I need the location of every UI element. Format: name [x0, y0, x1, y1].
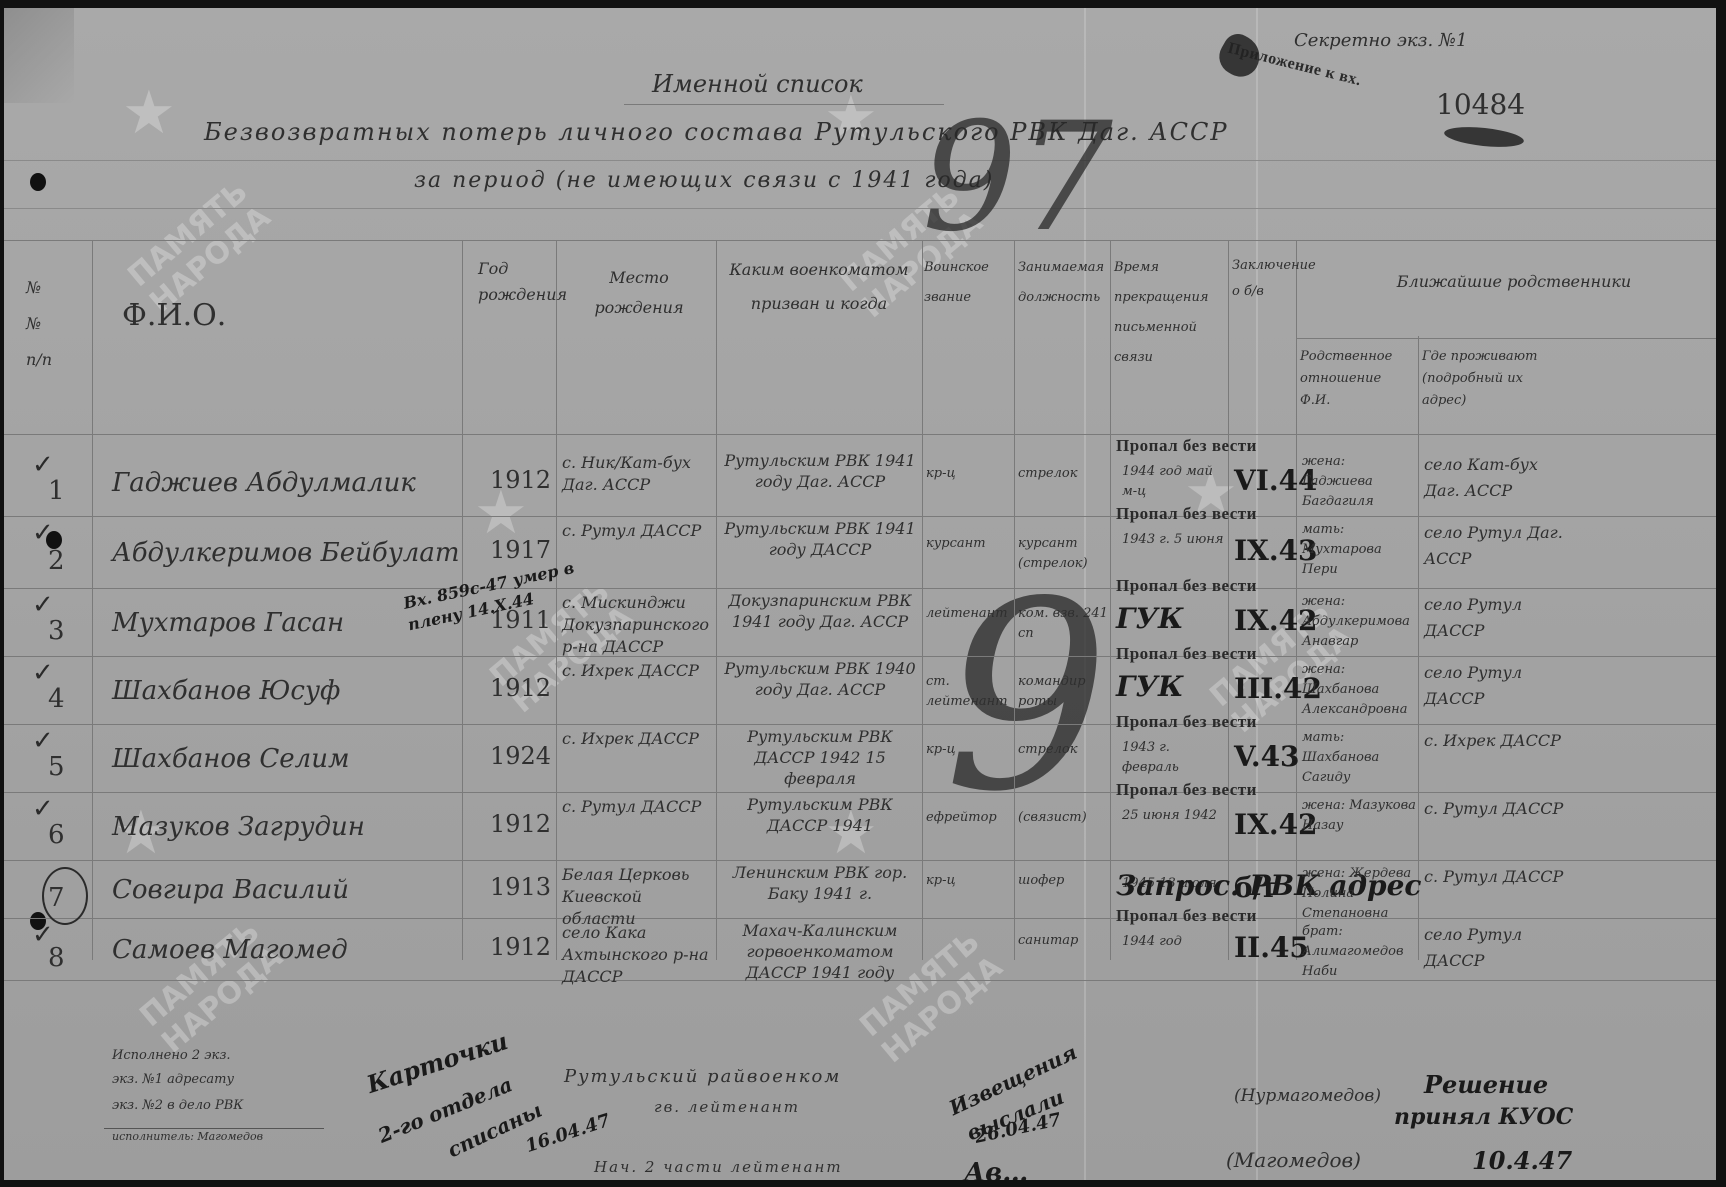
position: курсант (стрелок)	[1018, 534, 1110, 574]
military-rank: кр-ц	[926, 740, 1012, 760]
lost-contact-date: 1944 год	[1122, 932, 1226, 952]
position: стрелок	[1018, 740, 1110, 760]
enlistment-office: Рутульским РВК 1941 году ДАССР	[722, 518, 918, 560]
signer-title: Нач. 2 части лейтенант	[594, 1158, 843, 1176]
signer-title: Рутульский райвоенком	[564, 1066, 841, 1087]
conclusion-code: II.45	[1234, 931, 1309, 964]
row-number: 8	[48, 943, 65, 973]
person-name: Мазуков Загрудин	[112, 812, 365, 842]
table-row: 7Совгира Василий1913Белая Церковь Киевск…	[4, 860, 1716, 918]
person-name: Шахбанов Селим	[112, 744, 350, 774]
missing-stamp: Пропал без вести	[1116, 906, 1257, 926]
enlistment-office: Рутульским РВК 1940 году Даг. АССР	[722, 658, 918, 700]
table-row: ✓8Самоев Магомед1912село Кака Ахтынского…	[4, 918, 1716, 980]
birth-place: с. Ник/Кат-бух Даг. АССР	[562, 452, 712, 496]
person-name: Самоев Магомед	[112, 935, 348, 965]
header-birth-year: Год рождения	[478, 256, 548, 308]
header-relatives-relation: Родственное отношение Ф.И.	[1300, 346, 1414, 412]
row-number: 1	[48, 476, 65, 506]
relative-name: жена: Мазукова Назау	[1302, 796, 1416, 836]
relative-address: с. Ихрек ДАССР	[1424, 728, 1564, 754]
header-rank: Воинское звание	[924, 253, 1012, 313]
lost-contact-date: 1943 г. февраль	[1122, 738, 1226, 778]
watermark-star-icon: ★	[122, 78, 176, 148]
lost-contact-date: 1944 год май м-ц	[1122, 462, 1226, 502]
birth-place: село Кака Ахтынского р-на ДАССР	[562, 922, 712, 988]
relative-name: жена: Шахбанова Александровна	[1302, 660, 1416, 720]
birth-place: с. Ихрек ДАССР	[562, 728, 712, 750]
large-handwritten-mark: 97	[922, 103, 1113, 253]
punch-hole	[30, 173, 46, 191]
checkmark-icon: ✓	[32, 518, 54, 548]
row-number: 4	[48, 684, 65, 714]
missing-stamp: Пропал без вести	[1116, 576, 1257, 596]
relative-name: брат: Алимагомедов Наби	[1302, 922, 1416, 982]
relative-name: жена: Гаджиева Багдагиля	[1302, 452, 1416, 512]
table-row: ✓2Абдулкеримов Бейбулат1917с. Рутул ДАСС…	[4, 516, 1716, 588]
stamp-ink-blot	[1443, 124, 1524, 150]
relative-address: село Рутул ДАССР	[1424, 592, 1564, 644]
title-underline	[624, 104, 944, 105]
enlistment-office: Рутульским РВК ДАССР 1942 15 февраля	[722, 726, 918, 789]
ruled-line	[4, 208, 1716, 209]
header-relatives: Ближайшие родственники	[1324, 266, 1704, 298]
table-row: ✓1Гаджиев Абдулмалик1912с. Ник/Кат-бух Д…	[4, 448, 1716, 516]
position: санитар	[1018, 931, 1110, 951]
signature: Ав…	[964, 1158, 1028, 1180]
position: (связист)	[1018, 808, 1110, 828]
military-rank: кр-ц	[926, 464, 1012, 484]
relative-address: село Рутул Даг. АССР	[1424, 520, 1564, 572]
table-row: ✓3Мухтаров Гасан1911с. Мискинджи Докузпа…	[4, 588, 1716, 656]
header-birth-place: Место рождения	[574, 263, 704, 323]
stamp-number: 10484	[1436, 88, 1525, 121]
lost-contact-date: 25 июня 1942	[1122, 806, 1226, 826]
header-name: Ф.И.О.	[122, 298, 226, 333]
birth-place: с. Ихрек ДАССР	[562, 660, 712, 682]
position: стрелок	[1018, 464, 1110, 484]
missing-stamp: Пропал без вести	[1116, 780, 1257, 800]
lost-contact-date: 1943 г. 5 июня	[1122, 530, 1226, 550]
relative-name: жена: Абдулкеримова Анавгар	[1302, 592, 1416, 652]
conclusion-code: V.43	[1234, 740, 1300, 773]
row-number: 3	[48, 616, 65, 646]
birth-year: 1917	[490, 536, 551, 564]
enlistment-office: Рутульским РВК 1941 году Даг. АССР	[722, 450, 918, 492]
birth-year: 1912	[490, 466, 551, 494]
footer-note-line: экз. №2 в дело РВК	[112, 1098, 243, 1113]
signer-name: (Магомедов)	[1226, 1148, 1361, 1172]
military-rank: кр-ц	[926, 871, 1012, 891]
circled-mark-icon	[42, 867, 88, 925]
row-number: 2	[48, 546, 65, 576]
person-name: Абдулкеримов Бейбулат	[112, 538, 459, 568]
header-position: Занимаемая должность	[1018, 253, 1108, 313]
enlistment-office: Докузпаринским РВК 1941 году Даг. АССР	[722, 590, 918, 632]
position: шофер	[1018, 871, 1110, 891]
handwritten-overwrite: ГУК	[1116, 670, 1184, 703]
military-rank: лейтенант	[926, 604, 1012, 624]
stamp-ink-blot	[1213, 29, 1268, 84]
header-relatives-address: Где проживают (подробный их адрес)	[1422, 346, 1542, 412]
missing-stamp: Пропал без вести	[1116, 504, 1257, 524]
enlistment-office: Рутульским РВК ДАССР 1941	[722, 794, 918, 836]
decision-note: принял КУОС	[1394, 1104, 1573, 1130]
position: ком. взв. 241 сп	[1018, 604, 1110, 644]
document-title: Именной список	[652, 70, 863, 98]
relative-name: мать: Мухтарова Пери	[1302, 520, 1416, 580]
footer-note-line: экз. №1 адресату	[112, 1072, 234, 1087]
table-row: ✓5Шахбанов Селим1924с. Ихрек ДАССРРутуль…	[4, 724, 1716, 792]
position: командир роты	[1018, 672, 1110, 712]
person-name: Шахбанов Юсуф	[112, 676, 340, 706]
missing-stamp: Пропал без вести	[1116, 436, 1257, 456]
military-rank: ст. лейтенант	[926, 672, 1012, 712]
person-name: Совгира Василий	[112, 875, 349, 905]
birth-year: 1912	[490, 674, 551, 702]
decision-date: 10.4.47	[1472, 1146, 1572, 1175]
relative-address: село Рутул ДАССР	[1424, 660, 1564, 712]
birth-place: с. Рутул ДАССР	[562, 796, 712, 818]
table-subheader-divider	[1296, 338, 1716, 339]
person-name: Гаджиев Абдулмалик	[112, 468, 416, 498]
ruled-line	[4, 160, 1716, 161]
missing-stamp: Пропал без вести	[1116, 644, 1257, 664]
footer-note-line: исполнитель: Магомедов	[112, 1130, 263, 1143]
row-number: 5	[48, 752, 65, 782]
relative-name: жена: Жердева Полина Степановна	[1302, 864, 1416, 924]
table-row: ✓4Шахбанов Юсуф1912с. Ихрек ДАССРРутульс…	[4, 656, 1716, 724]
paper-stain	[4, 8, 74, 103]
person-name: Мухтаров Гасан	[112, 608, 344, 638]
enlistment-office: Махач-Калинским горвоенкоматом ДАССР 194…	[722, 920, 918, 983]
header-num: №№ п/п	[26, 270, 56, 378]
signer-rank: гв. лейтенант	[654, 1098, 800, 1116]
relative-address: село Рутул ДАССР	[1424, 922, 1564, 974]
secrecy-mark: Секретно экз. №1	[1294, 30, 1467, 51]
relative-address: с. Рутул ДАССР	[1424, 864, 1564, 890]
relative-name: мать: Шахбанова Сагиду	[1302, 728, 1416, 788]
row-number: 6	[48, 820, 65, 850]
decision-note: Решение	[1424, 1070, 1548, 1099]
military-rank: курсант	[926, 534, 1012, 554]
header-conclusion: Заключение о б/в	[1232, 253, 1294, 305]
table-header-divider	[4, 434, 1716, 435]
header-lost-contact: Время прекращения письменной связи	[1114, 253, 1226, 373]
footer-underline	[104, 1128, 324, 1129]
birth-year: 1924	[490, 742, 551, 770]
birth-year: 1912	[490, 810, 551, 838]
handwritten-overwrite: ГУК	[1116, 602, 1184, 635]
document-period: за период (не имеющих связи с 1941 года)	[414, 168, 994, 193]
military-rank: ефрейтор	[926, 808, 1012, 828]
birth-year: 1913	[490, 873, 551, 901]
birth-year: 1912	[490, 933, 551, 961]
table-row: ✓6Мазуков Загрудин1912с. Рутул ДАССРРуту…	[4, 792, 1716, 860]
table-top-border	[4, 240, 1716, 241]
birth-place: с. Рутул ДАССР	[562, 520, 712, 542]
footer-note-line: Исполнено 2 экз.	[112, 1048, 231, 1063]
header-enlistment: Каким военкоматом призван и когда	[724, 253, 914, 321]
relative-address: село Кат-бух Даг. АССР	[1424, 452, 1564, 504]
relative-address: с. Рутул ДАССР	[1424, 796, 1564, 822]
missing-stamp: Пропал без вести	[1116, 712, 1257, 732]
birth-place: с. Мискинджи Докузпаринского р-на ДАССР	[562, 592, 712, 658]
archival-document: ★ ПАМЯТЬНАРОДА ★ ПАМЯТЬНАРОДА ★ ПАМЯТЬНА…	[4, 8, 1716, 1180]
signer-name: (Нурмагомедов)	[1234, 1086, 1381, 1106]
enlistment-office: Ленинским РВК гор. Баку 1941 г.	[722, 862, 918, 904]
